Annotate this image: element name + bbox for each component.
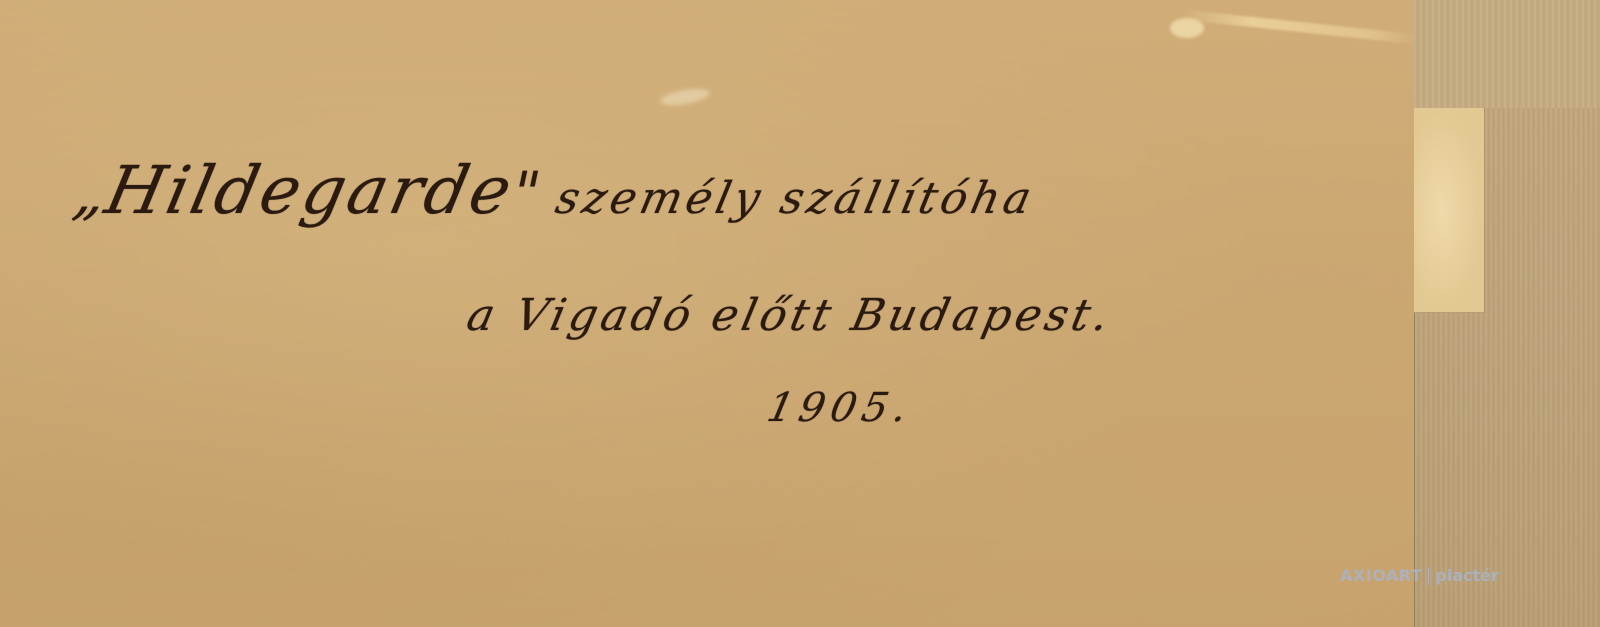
inscription-line-2: a Vigadó előtt Budapest. [463,290,1118,341]
watermark: AXIOART piactér [1340,566,1499,585]
inscription-line-1-rest: személy szállítóha [533,173,1039,224]
inscription-year: 1905. [763,385,917,431]
watermark-brand: AXIOART [1340,566,1422,585]
inscription-line-1: „Hildegarde" személy szállítóha [68,152,1044,229]
mounting-board-upper [1414,0,1600,108]
watermark-sub: piactér [1435,566,1499,585]
document-scan: „Hildegarde" személy szállítóha a Vigadó… [0,0,1600,627]
ship-name: Hildegarde [99,152,521,229]
watermark-divider [1428,567,1429,585]
paper-patch [1414,108,1485,313]
